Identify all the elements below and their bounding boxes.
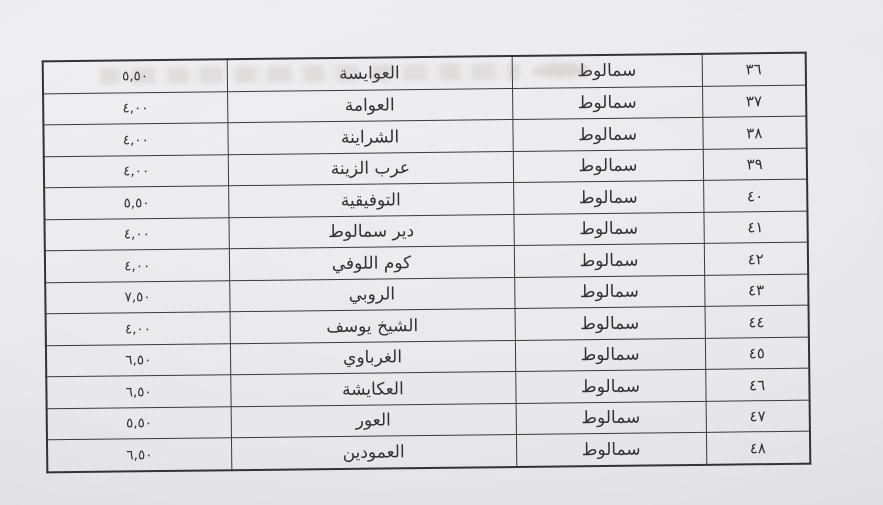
value-cell: ٦,٥٠ (47, 438, 231, 472)
serial-cell: ٤٧ (706, 400, 810, 433)
district-cell: سمالوط (516, 433, 706, 467)
serial-cell: ٤٥ (705, 337, 809, 370)
serial-cell: ٣٧ (702, 85, 806, 118)
district-cell: سمالوط (516, 401, 706, 435)
value-cell: ٧,٥٠ (45, 280, 229, 314)
serial-cell: ٤٨ (706, 431, 810, 464)
value-cell: ٦,٥٠ (46, 343, 230, 377)
value-cell: ٤,٠٠ (44, 217, 228, 251)
value-cell: ٥,٥٠ (44, 186, 228, 220)
value-cell: ٤,٠٠ (44, 154, 228, 188)
serial-cell: ٤١ (703, 211, 807, 244)
value-cell: ٤,٠٠ (45, 249, 229, 283)
value-cell: ٤,٠٠ (46, 312, 230, 346)
villages-table: ٣٦سمالوطالعوايسة٥,٥٠٣٧سمالوطالعوامة٤,٠٠٣… (42, 52, 812, 474)
village-cell: العوايسة (227, 56, 512, 91)
district-cell: سمالوط (512, 54, 702, 88)
village-cell: الروبي (229, 277, 514, 312)
serial-cell: ٤٤ (705, 305, 809, 338)
value-cell: ٤,٠٠ (43, 123, 227, 157)
value-cell: ٥,٥٠ (47, 406, 231, 440)
serial-cell: ٤٢ (704, 242, 808, 275)
district-cell: سمالوط (515, 338, 705, 372)
serial-cell: ٤٦ (705, 368, 809, 401)
table-body: ٣٦سمالوطالعوايسة٥,٥٠٣٧سمالوطالعوامة٤,٠٠٣… (43, 53, 811, 473)
scanned-villages-table: ٣٦سمالوطالعوايسة٥,٥٠٣٧سمالوطالعوامة٤,٠٠٣… (42, 52, 810, 474)
village-cell: العكايشة (230, 372, 515, 407)
district-cell: سمالوط (513, 149, 703, 183)
village-cell: عرب الزينة (228, 151, 513, 186)
village-cell: دير سمالوط (228, 214, 513, 249)
value-cell: ٤,٠٠ (43, 91, 227, 125)
district-cell: سمالوط (512, 86, 702, 120)
village-cell: الشيخ يوسف (230, 309, 515, 344)
village-cell: التوفيقية (228, 183, 513, 218)
serial-cell: ٣٦ (702, 53, 806, 86)
serial-cell: ٣٩ (703, 148, 807, 181)
serial-cell: ٤٣ (704, 274, 808, 307)
village-cell: العمودين (231, 435, 516, 470)
value-cell: ٥,٥٠ (43, 59, 227, 93)
district-cell: سمالوط (512, 118, 702, 152)
village-cell: العور (231, 403, 516, 438)
district-cell: سمالوط (515, 370, 705, 404)
district-cell: سمالوط (514, 275, 704, 309)
value-cell: ٦,٥٠ (46, 375, 230, 409)
district-cell: سمالوط (513, 212, 703, 246)
district-cell: سمالوط (515, 307, 705, 341)
village-cell: الغرباوي (230, 340, 515, 375)
district-cell: سمالوط (513, 181, 703, 215)
village-cell: الشراينة (227, 120, 512, 155)
village-cell: العوامة (227, 88, 512, 123)
serial-cell: ٣٨ (702, 116, 806, 149)
village-cell: كوم اللوفي (229, 246, 514, 281)
district-cell: سمالوط (514, 244, 704, 278)
serial-cell: ٤٠ (703, 179, 807, 212)
